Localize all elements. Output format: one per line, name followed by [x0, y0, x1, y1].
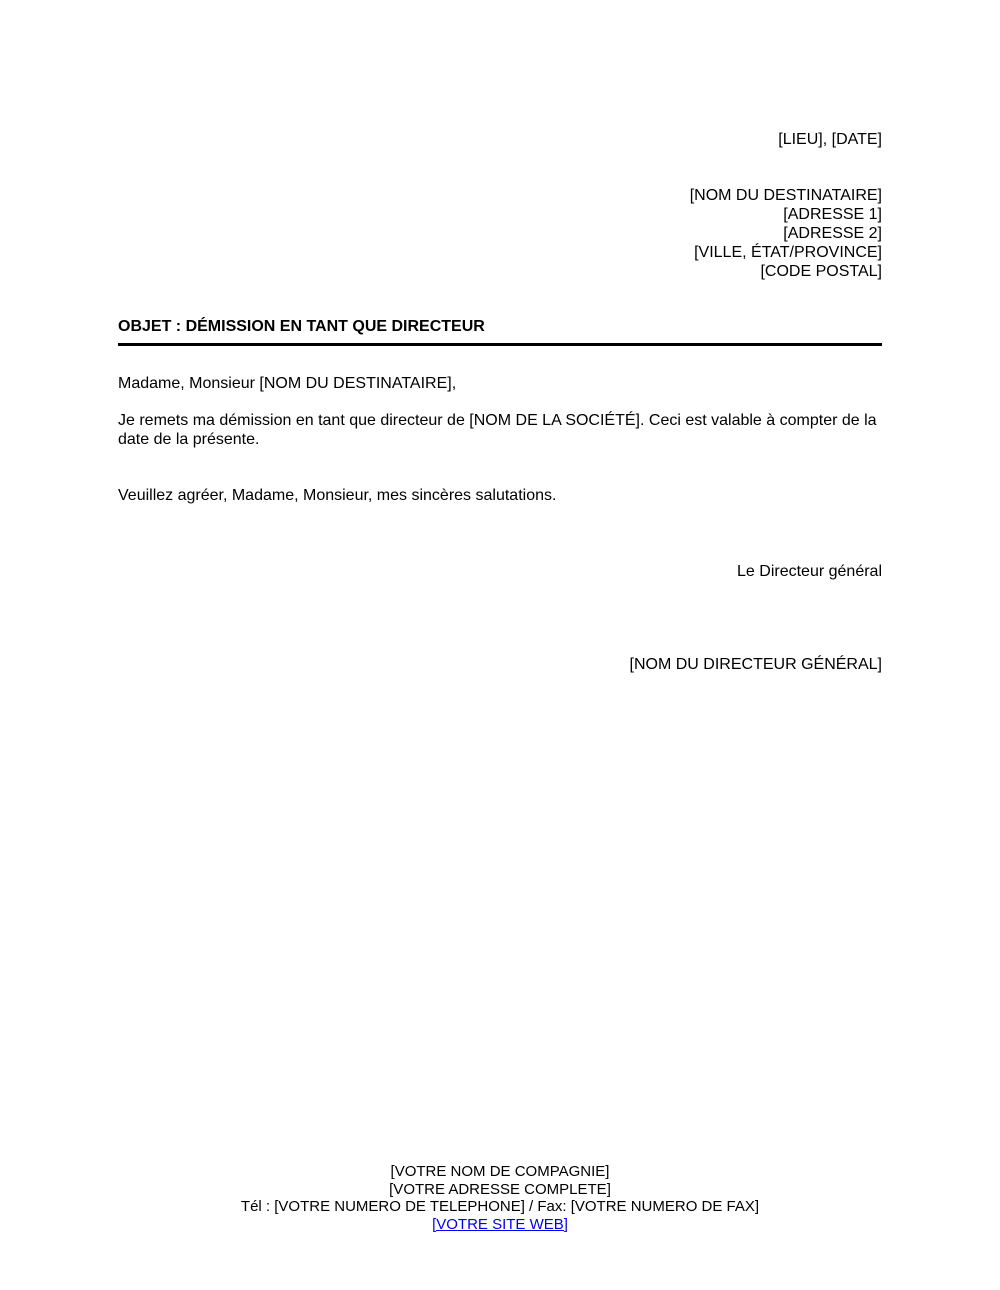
signer-title: Le Directeur général	[737, 562, 882, 581]
recipient-address-1: [ADRESSE 1]	[690, 205, 882, 224]
body-paragraph: Je remets ma démission en tant que direc…	[118, 411, 888, 449]
footer-contact: Tél : [VOTRE NUMERO DE TELEPHONE] / Fax:…	[0, 1198, 1000, 1216]
place-date: [LIEU], [DATE]	[778, 130, 882, 149]
recipient-city-state: [VILLE, ÉTAT/PROVINCE]	[690, 243, 882, 262]
subject-line: OBJET : DÉMISSION EN TANT QUE DIRECTEUR	[118, 317, 882, 337]
subject-divider	[118, 343, 882, 346]
recipient-postal-code: [CODE POSTAL]	[690, 262, 882, 281]
footer: [VOTRE NOM DE COMPAGNIE] [VOTRE ADRESSE …	[0, 1163, 1000, 1233]
signer-name: [NOM DU DIRECTEUR GÉNÉRAL]	[630, 655, 882, 674]
recipient-address: [NOM DU DESTINATAIRE] [ADRESSE 1] [ADRES…	[690, 186, 882, 281]
footer-address: [VOTRE ADRESSE COMPLETE]	[0, 1181, 1000, 1199]
footer-company: [VOTRE NOM DE COMPAGNIE]	[0, 1163, 1000, 1181]
recipient-name: [NOM DU DESTINATAIRE]	[690, 186, 882, 205]
footer-website-link[interactable]: [VOTRE SITE WEB]	[432, 1216, 568, 1233]
closing-line: Veuillez agréer, Madame, Monsieur, mes s…	[118, 486, 888, 505]
salutation: Madame, Monsieur [NOM DU DESTINATAIRE],	[118, 374, 888, 393]
recipient-address-2: [ADRESSE 2]	[690, 224, 882, 243]
document-page: [LIEU], [DATE] [NOM DU DESTINATAIRE] [AD…	[0, 0, 1000, 1290]
